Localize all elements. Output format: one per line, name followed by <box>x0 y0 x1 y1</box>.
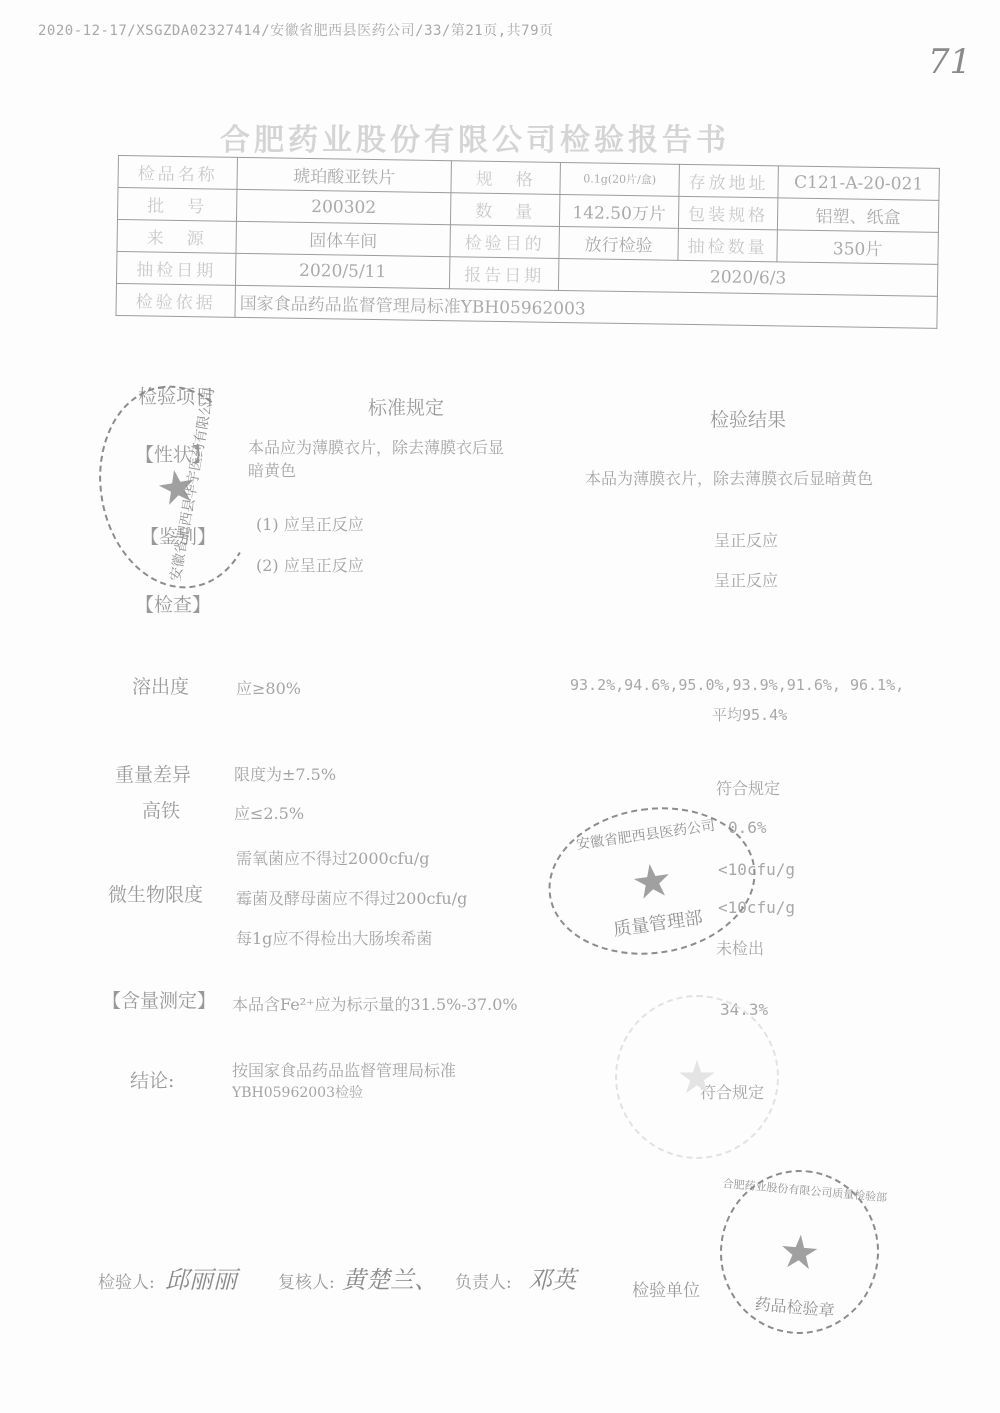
standard-assay: 本品含Fe²⁺应为标示量的31.5%-37.0% <box>232 992 518 1015</box>
column-header-standard: 标准规定 <box>368 393 444 420</box>
result-dissolution-values: 93.2%,94.6%,95.0%,93.9%,91.6%, 96.1%, <box>570 676 904 694</box>
manager-label: 负责人: <box>455 1268 512 1293</box>
value-purpose: 放行检验 <box>559 226 678 260</box>
reviewer-label: 复核人: <box>278 1268 335 1293</box>
label-sample-qty: 抽检数量 <box>678 228 777 262</box>
standard-appearance-line2: 暗黄色 <box>248 458 296 481</box>
standard-identification-2: (2) 应呈正反应 <box>256 553 364 576</box>
result-identification-1: 呈正反应 <box>714 528 778 551</box>
standard-dissolution: 应≥80% <box>236 676 301 699</box>
value-spec: 0.1g(20片/盒) <box>560 162 679 196</box>
standard-weight-variation: 限度为±7.5% <box>234 762 336 785</box>
report-title: 合肥药业股份有限公司检验报告书 <box>220 115 730 159</box>
standard-identification-1: (1) 应呈正反应 <box>256 512 364 535</box>
value-storage: C121-A-20-021 <box>778 166 939 201</box>
standard-aerobic-bacteria: 需氧菌应不得过2000cfu/g <box>236 846 430 869</box>
value-sample-qty: 350片 <box>777 230 938 265</box>
item-ferric-iron: 高铁 <box>142 796 180 823</box>
label-quantity: 数 量 <box>450 193 559 227</box>
result-dissolution-average: 平均95.4% <box>712 704 787 725</box>
star-icon: ★ <box>628 851 676 910</box>
label-source: 来 源 <box>117 219 236 253</box>
faint-seal: ★ <box>615 995 779 1159</box>
label-storage: 存放地址 <box>679 164 778 198</box>
result-appearance: 本品为薄膜衣片，除去薄膜衣后显暗黄色 <box>585 466 873 489</box>
company-seal-left: ★ 安徽省肥西县华宇医药有限公司 <box>83 373 270 601</box>
standard-appearance-line1: 本品应为薄膜衣片，除去薄膜衣后显 <box>248 435 504 458</box>
seal-middle-bottom-text: 质量管理部 <box>611 903 704 941</box>
info-table: 检品名称 琥珀酸亚铁片 规 格 0.1g(20片/盒) 存放地址 C121-A-… <box>115 155 939 329</box>
result-e-coli: 未检出 <box>716 936 764 959</box>
label-spec: 规 格 <box>451 161 560 195</box>
value-product-name: 琥珀酸亚铁片 <box>237 157 451 192</box>
inspector-signature: 邱丽丽 <box>165 1260 237 1295</box>
testing-unit-label: 检验单位 <box>632 1276 700 1301</box>
value-quantity: 142.50万片 <box>559 194 678 228</box>
label-basis: 检验依据 <box>116 283 235 317</box>
label-product-name: 检品名称 <box>118 156 237 190</box>
value-batch: 200302 <box>236 189 450 224</box>
manager-signature: 邓英 <box>528 1260 576 1295</box>
inspector-label: 检验人: <box>98 1268 155 1293</box>
value-sample-date: 2020/5/11 <box>235 253 449 288</box>
item-dissolution: 溶出度 <box>132 672 189 699</box>
item-weight-variation: 重量差异 <box>115 760 191 787</box>
handwritten-page-number: 71 <box>928 42 971 82</box>
label-sample-date: 抽检日期 <box>116 251 235 285</box>
result-identification-2: 呈正反应 <box>714 568 778 591</box>
value-packaging: 铝塑、纸盒 <box>777 198 938 233</box>
label-purpose: 检验目的 <box>450 225 559 259</box>
star-icon: ★ <box>676 1050 717 1104</box>
item-microbial-limits: 微生物限度 <box>108 880 203 907</box>
label-packaging: 包装规格 <box>678 196 777 230</box>
seal-bottom-top-text: 合肥药业股份有限公司质量检验部 <box>722 1175 888 1205</box>
label-batch: 批 号 <box>117 188 236 222</box>
result-weight-variation: 符合规定 <box>716 776 780 799</box>
conclusion-label: 结论: <box>130 1066 174 1093</box>
conclusion-text-line1: 按国家食品药品监督管理局标准 <box>232 1058 456 1081</box>
reviewer-signature: 黄楚兰、 <box>342 1260 438 1295</box>
item-inspection: 【检查】 <box>135 590 211 617</box>
scan-header-stamp: 2020-12-17/XSGZDA02327414/安徽省肥西县医药公司/33/… <box>38 20 554 40</box>
standard-ferric-iron: 应≤2.5% <box>234 801 304 824</box>
standard-e-coli: 每1g应不得检出大肠埃希菌 <box>236 926 432 949</box>
item-assay: 【含量测定】 <box>102 986 216 1013</box>
seal-bottom-bottom-text: 药品检验章 <box>754 1291 836 1321</box>
column-header-result: 检验结果 <box>710 405 786 432</box>
label-report-date: 报告日期 <box>449 257 558 291</box>
value-source: 固体车间 <box>236 221 450 256</box>
seal-middle-top-text: 安徽省肥西县医药公司 <box>575 815 716 854</box>
star-icon: ★ <box>777 1223 823 1280</box>
conclusion-text-line2: YBH05962003检验 <box>232 1082 363 1102</box>
standard-mold-yeast: 霉菌及酵母菌应不得过200cfu/g <box>236 886 467 909</box>
inspection-seal: 合肥药业股份有限公司质量检验部 ★ 药品检验章 <box>713 1163 886 1340</box>
